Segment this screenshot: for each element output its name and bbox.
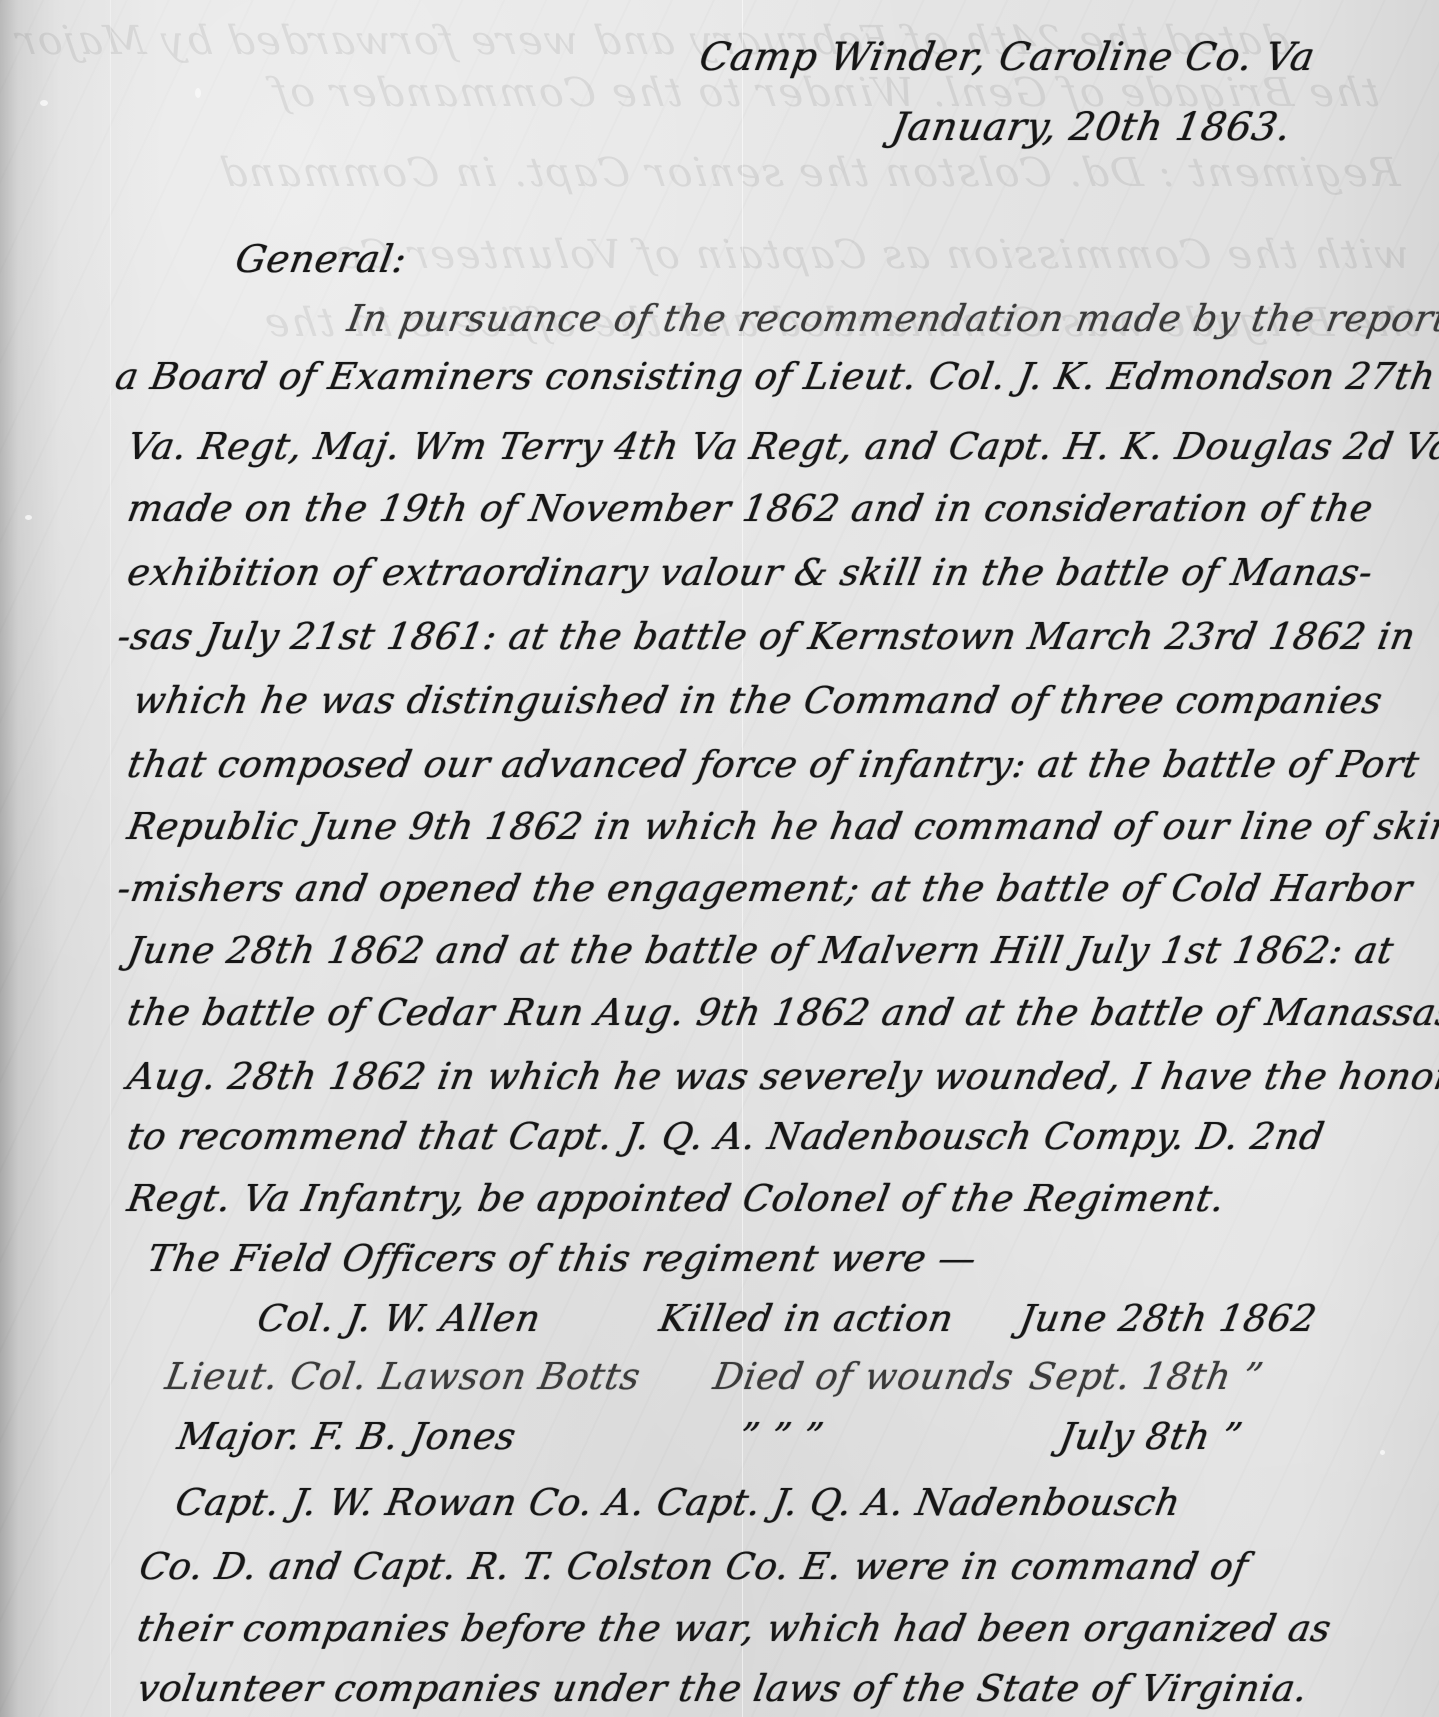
salutation: General: xyxy=(233,240,410,278)
body-line: Va. Regt, Maj. Wm Terry 4th Va Regt, and… xyxy=(125,428,1439,465)
officer-fate: ” ” ” xyxy=(737,1418,827,1455)
closing-line: Capt. J. W. Rowan Co. A. Capt. J. Q. A. … xyxy=(173,1484,1184,1521)
officer-name: Lieut. Col. Lawson Botts xyxy=(163,1358,644,1395)
dust-speck xyxy=(40,100,48,106)
closing-line: Co. D. and Capt. R. T. Colston Co. E. we… xyxy=(137,1548,1251,1585)
officer-name: Col. J. W. Allen xyxy=(255,1300,544,1337)
body-line: the battle of Cedar Run Aug. 9th 1862 an… xyxy=(125,994,1439,1031)
body-line: a Board of Examiners consisting of Lieut… xyxy=(113,358,1439,395)
body-line: to recommend that Capt. J. Q. A. Nadenbo… xyxy=(125,1118,1327,1155)
closing-line: volunteer companies under the laws of th… xyxy=(135,1670,1311,1707)
dust-speck xyxy=(1380,1450,1385,1455)
officer-fate-date: June 28th 1862 xyxy=(1017,1300,1320,1337)
body-line: that composed our advanced force of infa… xyxy=(125,746,1422,783)
body-line: -sas July 21st 1861: at the battle of Ke… xyxy=(115,618,1419,655)
body-line: exhibition of extraordinary valour & ski… xyxy=(125,554,1376,591)
bleed-through-text: dated the 24th of February and were forw… xyxy=(0,0,1439,1717)
body-line: Regt. Va Infantry, be appointed Colonel … xyxy=(125,1180,1228,1217)
closing-line: their companies before the war, which ha… xyxy=(135,1610,1334,1647)
paper-fold-line xyxy=(742,0,743,1717)
body-line: Aug. 28th 1862 in which he was severely … xyxy=(125,1058,1439,1095)
bleed-line: with the Commission as Captain of Volunt… xyxy=(331,232,1413,278)
body-line: June 28th 1862 and at the battle of Malv… xyxy=(125,932,1397,969)
officer-fate: Killed in action xyxy=(657,1300,957,1337)
letter-date: January, 20th 1863. xyxy=(889,108,1294,147)
dust-speck xyxy=(25,515,32,520)
officer-name: Major. F. B. Jones xyxy=(175,1418,519,1455)
scanned-letter-page: dated the 24th of February and were forw… xyxy=(0,0,1439,1717)
field-officers-intro: The Field Officers of this regiment were… xyxy=(145,1240,980,1277)
officer-fate: Died of wounds xyxy=(711,1358,1017,1395)
bleed-line: Regiment : Dd. Colston the senior Capt. … xyxy=(216,150,1402,196)
body-line: Republic June 9th 1862 in which he had c… xyxy=(125,808,1439,845)
body-line: -mishers and opened the engagement; at t… xyxy=(115,870,1415,907)
officer-fate-date: July 8th ” xyxy=(1057,1418,1246,1455)
body-line: In pursuance of the recommendation made … xyxy=(345,300,1439,337)
body-line: which he was distinguished in the Comman… xyxy=(131,682,1386,719)
letter-place: Camp Winder, Caroline Co. Va xyxy=(697,38,1318,77)
officer-fate-date: Sept. 18th ” xyxy=(1027,1358,1267,1395)
body-line: made on the 19th of November 1862 and in… xyxy=(125,490,1376,527)
paper-fold-line xyxy=(110,0,111,1717)
dust-speck xyxy=(195,88,201,98)
